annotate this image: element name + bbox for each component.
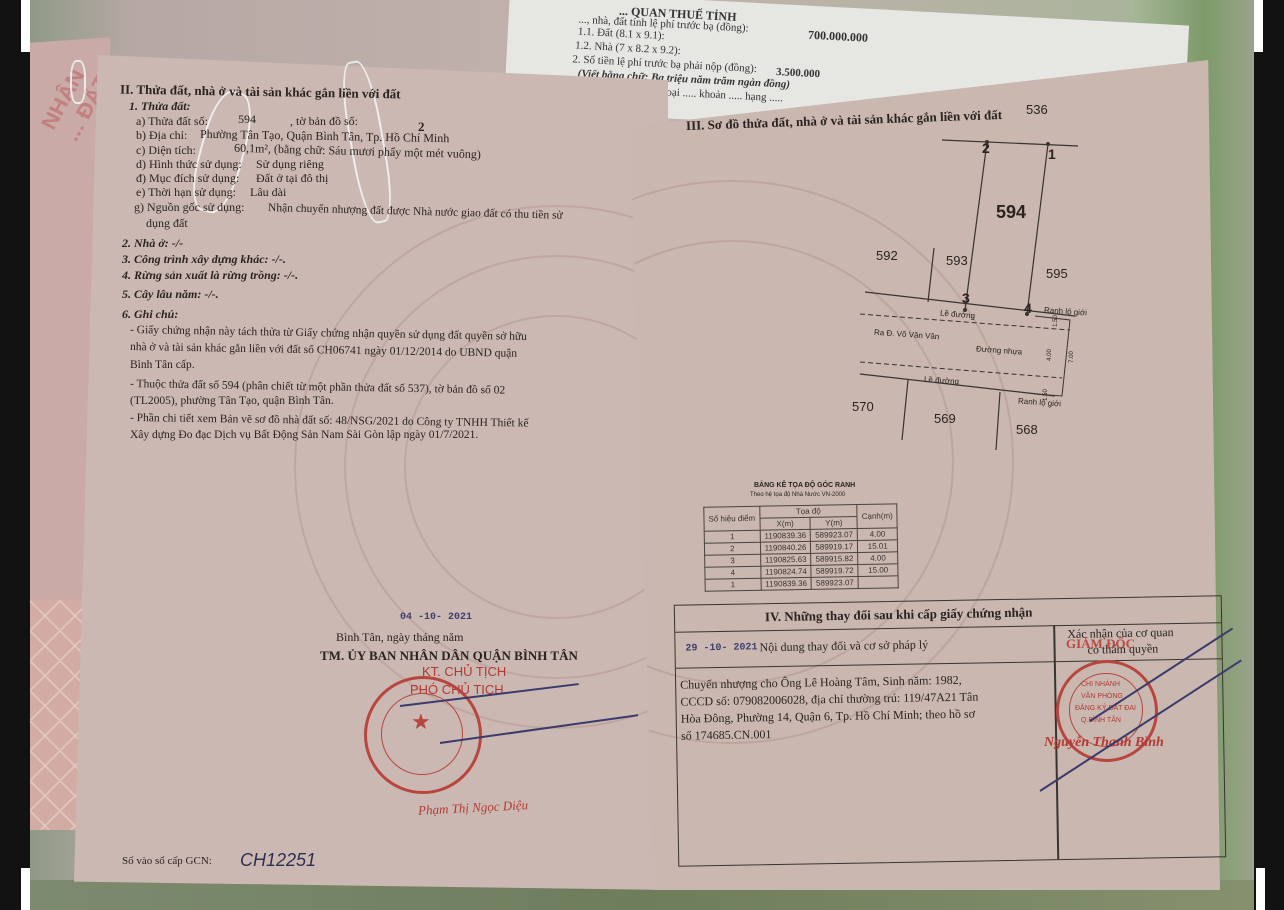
photo-border: [1256, 868, 1265, 910]
plastic-glare: [70, 60, 86, 104]
col-x: X(m): [760, 517, 811, 530]
notes-title: 6. Ghi chú:: [122, 307, 178, 322]
map-sheet-label: , tờ bản đồ số:: [290, 114, 358, 129]
issue-date-stamp: 04 -10- 2021: [400, 612, 472, 623]
district-seal-stamp: ★: [364, 676, 482, 794]
change-entry-line-4: số 174685.CN.001: [681, 727, 772, 744]
stamp-text: CHI NHÁNH: [1081, 681, 1120, 688]
corner-point-2: 2: [982, 140, 990, 156]
house-item: 2. Nhà ở: -/-: [122, 236, 183, 251]
photo-border: [21, 0, 30, 52]
col-change-content: Nội dung thay đổi và cơ sở pháp lý: [759, 637, 928, 655]
parcel-label-536: 536: [1026, 102, 1048, 117]
usage-form-label: d) Hình thức sử dụng:: [136, 157, 242, 172]
forest-item: 4. Rừng sản xuất là rừng trồng: -/-.: [122, 268, 298, 283]
register-label: Số vào sổ cấp GCN:: [122, 855, 212, 867]
tax-slip-value: 700.000.000: [808, 28, 869, 46]
corner-point-4: 4: [1024, 300, 1032, 316]
col-edge: Cạnh(m): [857, 504, 898, 529]
construction-item: 3. Công trình xây dựng khác: -/-.: [122, 252, 286, 267]
stamp-text: VĂN PHÒNG: [1081, 693, 1123, 700]
usage-purpose-value: Đất ở tại đô thị: [256, 171, 328, 186]
main-parcel-594: 594: [996, 202, 1026, 223]
register-number: CH12251: [240, 850, 316, 871]
parcel-number-value: 594: [238, 112, 256, 127]
usage-form-value: Sử dụng riêng: [256, 157, 324, 172]
coordinate-table: Số hiệu điểm Tọa độ Cạnh(m) X(m) Y(m) 11…: [703, 503, 899, 591]
parcel-label-568: 568: [1016, 422, 1038, 437]
director-title: GIÁM ĐỐC: [1066, 636, 1135, 652]
parcel-label-570: 570: [852, 399, 874, 414]
usage-term-value: Lâu dài: [250, 185, 286, 200]
origin-value-cont: dụng đất: [146, 216, 188, 231]
note-3-line-2: Xây dựng Đo đạc Dịch vụ Bất Động Sản Nam…: [130, 429, 478, 441]
dim-sidewalk-top: 1.50: [1053, 315, 1059, 327]
place-date: Bình Tân, ngày tháng năm: [336, 630, 463, 645]
change-date-stamp: 29 -10- 2021: [685, 642, 757, 654]
parcel-label-593: 593: [946, 253, 968, 268]
change-entry-line-3: Hòa Đông, Phường 14, Quận 6, Tp. Hồ Chí …: [681, 707, 976, 727]
parcel-number-label: a) Thửa đất số:: [136, 114, 208, 129]
area-label: c) Diện tích:: [136, 143, 196, 158]
issuing-authority: TM. ỦY BAN NHÂN DÂN QUẬN BÌNH TÂN: [320, 648, 578, 664]
corner-point-1: 1: [1048, 146, 1056, 162]
sub-title-parcel: 1. Thửa đất:: [129, 99, 191, 114]
note-2-line-2: (TL2005), phường Tân Tạo, quận Bình Tân.: [130, 395, 334, 407]
parcel-label-595: 595: [1046, 266, 1068, 281]
dim-sidewalk-bottom: 1.50: [1043, 389, 1049, 401]
photo-border: [21, 868, 30, 910]
parcel-label-592: 592: [876, 248, 898, 263]
usage-purpose-label: đ) Mục đích sử dụng:: [136, 171, 239, 186]
parcel-label-569: 569: [934, 411, 956, 426]
coord-table-subtitle: Theo hệ tọa độ Nhà Nước VN-2000: [750, 492, 845, 498]
perennial-item: 5. Cây lâu năm: -/-.: [122, 287, 219, 302]
corner-point-3: 3: [962, 290, 970, 306]
col-point: Số hiệu điểm: [704, 506, 760, 531]
star-icon: ★: [411, 709, 431, 735]
usage-term-label: e) Thời hạn sử dụng:: [136, 185, 236, 200]
changes-title: IV. Những thay đổi sau khi cấp giấy chứn…: [765, 605, 1033, 626]
dim-total-width: 7.00: [1069, 351, 1075, 363]
photo-border: [1254, 0, 1263, 52]
address-label: b) Địa chỉ:: [136, 128, 187, 143]
coord-table-title: BẢNG KÊ TỌA ĐỘ GÓC RANH: [754, 482, 855, 489]
dim-road-width: 4.00: [1047, 349, 1053, 361]
origin-label: g) Nguồn gốc sử dụng:: [134, 200, 245, 215]
note-1-line-3: Bình Tân cấp.: [130, 359, 195, 371]
stamp-text: Q.BÌNH TÂN: [1081, 717, 1121, 724]
col-y: Y(m): [810, 517, 857, 530]
